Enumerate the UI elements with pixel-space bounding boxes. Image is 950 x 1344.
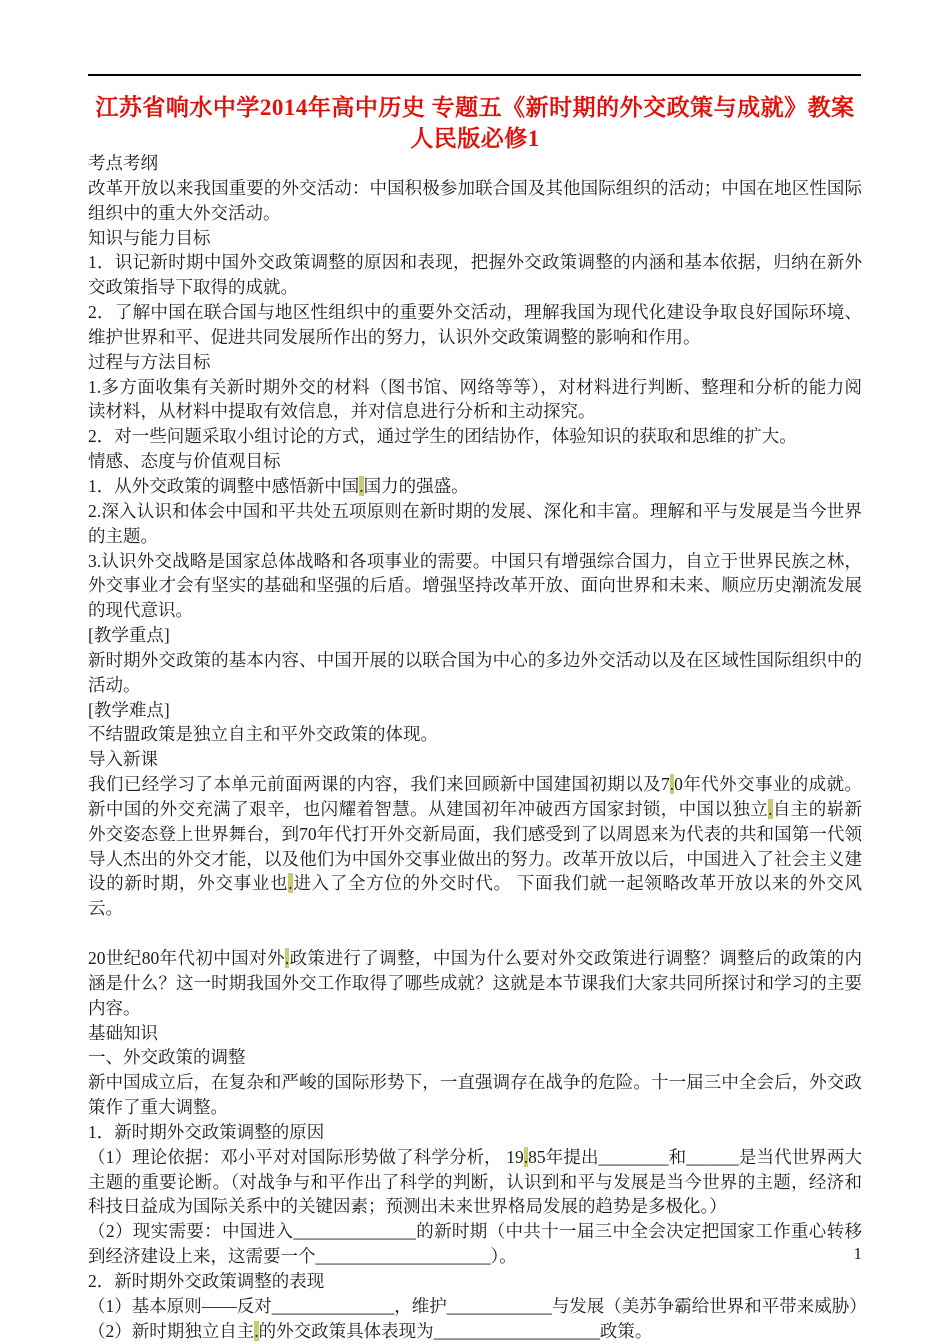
spellcheck-mark: .: [670, 774, 674, 794]
paragraph: 不结盟政策是独立自主和平外交政策的体现。: [88, 722, 862, 747]
paragraph: 20世纪80年代初中国对外.政策进行了调整，中国为什么要对外交政策进行调整？调整…: [88, 946, 862, 1021]
paragraph: 一、外交政策的调整: [88, 1045, 862, 1070]
paragraph: [教学难点]: [88, 698, 862, 723]
spellcheck-mark: .: [285, 948, 289, 968]
spellcheck-mark: .: [254, 1321, 258, 1341]
paragraph: 我们已经学习了本单元前面两课的内容，我们来回顾新中国建国初期以及7.0年代外交事…: [88, 772, 862, 921]
paragraph: 情感、态度与价值观目标: [88, 449, 862, 474]
document-body: 考点考纲改革开放以来我国重要的外交活动：中国积极参加联合国及其他国际组织的活动；…: [88, 151, 862, 1344]
paragraph: （1）基本原则——反对______________，维护____________…: [88, 1294, 862, 1319]
paragraph: 过程与方法目标: [88, 350, 862, 375]
paragraph: [教学重点]: [88, 623, 862, 648]
spellcheck-mark: .: [359, 476, 363, 496]
paragraph: 2．对一些问题采取小组讨论的方式，通过学生的团结协作，体验知识的获取和思维的扩大…: [88, 424, 862, 449]
paragraph: 1．从外交政策的调整中感悟新中国.国力的强盛。: [88, 474, 862, 499]
paragraph: （1）理论依据：邓小平对对国际形势做了科学分析， 19.85年提出_______…: [88, 1145, 862, 1220]
paragraph: 2．了解中国在联合国与地区性组织中的重要外交活动，理解我国为现代化建设争取良好国…: [88, 300, 862, 350]
paragraph: 1.多方面收集有关新时期外交的材料（图书馆、网络等等），对材料进行判断、整理和分…: [88, 375, 862, 425]
paragraph: 1．新时期外交政策调整的原因: [88, 1120, 862, 1145]
paragraph: 3.认识外交战略是国家总体战略和各项事业的需要。中国只有增强综合国力，自立于世界…: [88, 549, 862, 624]
spellcheck-mark: .: [288, 873, 292, 893]
page-title: 江苏省响水中学2014年高中历史 专题五《新时期的外交政策与成就》教案 人民版必…: [88, 92, 862, 154]
spellcheck-mark: .: [768, 799, 772, 819]
paragraph: 基础知识: [88, 1021, 862, 1046]
paragraph: 2．新时期外交政策调整的表现: [88, 1269, 862, 1294]
paragraph: 改革开放以来我国重要的外交活动：中国积极参加联合国及其他国际组织的活动；中国在地…: [88, 176, 862, 226]
paragraph: 新时期外交政策的基本内容、中国开展的以联合国为中心的多边外交活动以及在区域性国际…: [88, 648, 862, 698]
page-number: 1: [88, 1243, 862, 1265]
document-page: 江苏省响水中学2014年高中历史 专题五《新时期的外交政策与成就》教案 人民版必…: [0, 0, 950, 1344]
spellcheck-mark: .: [524, 1147, 528, 1167]
paragraph: 导入新课: [88, 747, 862, 772]
paragraph: 2.深入认识和体会中国和平共处五项原则在新时期的发展、深化和丰富。理解和平与发展…: [88, 499, 862, 549]
paragraph: 1．识记新时期中国外交政策调整的原因和表现，把握外交政策调整的内涵和基本依据，归…: [88, 250, 862, 300]
paragraph: （2）新时期独立自主.的外交政策具体表现为___________________…: [88, 1319, 862, 1344]
paragraph: 新中国成立后，在复杂和严峻的国际形势下，一直强调存在战争的危险。十一届三中全会后…: [88, 1070, 862, 1120]
paragraph: 知识与能力目标: [88, 226, 862, 251]
paragraph: 考点考纲: [88, 151, 862, 176]
paragraph: [88, 921, 862, 946]
header-rule: [88, 74, 861, 76]
